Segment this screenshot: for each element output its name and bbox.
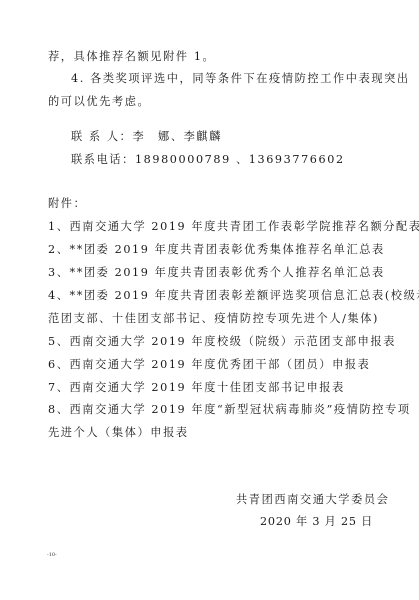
attachment-item-continuation: 先进个人（集体）申报表 <box>48 426 189 440</box>
attachment-item: 2、**团委 2019 年度共青团表彰优秀集体推荐名单汇总表 <box>48 243 385 257</box>
attachment-item: 3、**团委 2019 年度共青团表彰优秀个人推荐名单汇总表 <box>48 266 385 280</box>
document-page: 荐，具体推荐名额见附件 1。 4. 各类奖项评选中，同等条件下在疫情防控工作中表… <box>0 0 419 600</box>
contact-people: 联 系 人：李 娜、李麒麟 <box>71 130 222 144</box>
attachments-heading: 附件： <box>48 197 86 211</box>
attachment-item: 1、西南交通大学 2019 年度共青团工作表彰学院推荐名额分配表 <box>48 220 419 234</box>
attachment-item-continuation: 范团支部、十佳团支部书记、疫情防控专项先进个人/集体) <box>48 312 379 326</box>
paragraph-continuation: 荐，具体推荐名额见附件 1。 <box>48 50 215 64</box>
paragraph-item-4-line-1: 4. 各类奖项评选中，同等条件下在疫情防控工作中表现突出 <box>71 72 410 86</box>
attachment-item: 4、**团委 2019 年度共青团表彰差额评选奖项信息汇总表(校级示 <box>48 289 419 303</box>
signature-organization: 共青团西南交通大学委员会 <box>236 493 389 507</box>
signature-date: 2020 年 3 月 25 日 <box>260 515 373 529</box>
attachment-item: 5、西南交通大学 2019 年度校级（院级）示范团支部申报表 <box>48 335 396 349</box>
paragraph-item-4-line-2: 的可以优先考虑。 <box>48 95 150 109</box>
page-number: -10- <box>47 551 57 559</box>
attachment-item: 7、西南交通大学 2019 年度十佳团支部书记申报表 <box>48 381 345 395</box>
attachment-item: 8、西南交通大学 2019 年度“新型冠状病毒肺炎”疫情防控专项 <box>48 403 411 417</box>
attachment-item: 6、西南交通大学 2019 年度优秀团干部（团员）申报表 <box>48 358 370 372</box>
contact-phone: 联系电话：18980000789 、13693776602 <box>71 153 345 167</box>
